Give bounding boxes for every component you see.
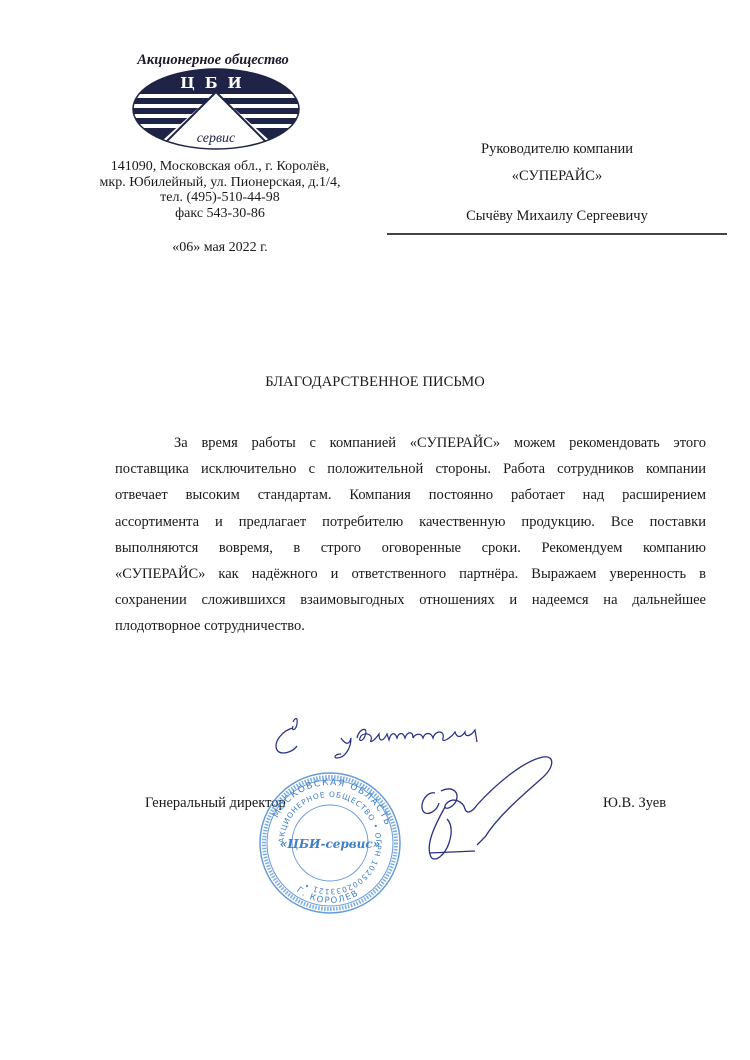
- recipient-position: Руководителю компании: [387, 141, 727, 158]
- body-line: поставщика исключительно с положительной…: [115, 456, 706, 482]
- letter-body: За время работы с компанией «СУПЕРАЙС» м…: [115, 430, 706, 640]
- recipient-company: «СУПЕРАЙС»: [387, 168, 727, 185]
- body-line: За время работы с компанией «СУПЕРАЙС» м…: [115, 430, 706, 456]
- address-line: мкр. Юбилейный, ул. Пионерская, д.1/4,: [80, 175, 360, 191]
- signature: [405, 745, 565, 875]
- body-line: выполняются вовремя, в строго оговоренны…: [115, 535, 706, 561]
- body-line: «СУПЕРАЙС» как надёжного и ответственног…: [115, 561, 706, 587]
- svg-text:«ЦБИ-сервис»: «ЦБИ-сервис»: [280, 837, 380, 851]
- svg-text:сервис: сервис: [197, 131, 236, 146]
- body-line: отвечает высоким стандартам. Компания по…: [115, 482, 706, 508]
- sender-address: 141090, Московская обл., г. Королёв, мкр…: [80, 159, 360, 221]
- letter-date: «06» мая 2022 г.: [80, 240, 360, 256]
- company-stamp: МОСКОВСКАЯ ОБЛАСТЬ АКЦИОНЕРНОЕ ОБЩЕСТВО …: [257, 770, 403, 916]
- company-logo: ЦБИ сервис: [132, 68, 300, 150]
- body-line: ассортимента и предлагает потребителю ка…: [115, 509, 706, 535]
- address-line: 141090, Московская обл., г. Королёв,: [80, 159, 360, 175]
- phone-line: тел. (495)-510-44-98: [80, 190, 360, 206]
- svg-text:ЦБИ: ЦБИ: [180, 74, 251, 92]
- signer-name: Ю.В. Зуев: [603, 795, 666, 812]
- recipient-divider: [387, 233, 727, 235]
- body-line: плодотворное сотрудничество.: [115, 613, 706, 639]
- body-line: сохранении сложившихся взаимовыгодных от…: [115, 587, 706, 613]
- fax-line: факс 543-30-86: [80, 206, 360, 222]
- recipient-name: Сычёву Михаилу Сергеевичу: [387, 208, 727, 225]
- org-type-label: Акционерное общество: [118, 52, 308, 69]
- letter-title: БЛАГОДАРСТВЕННОЕ ПИСЬМО: [0, 374, 750, 391]
